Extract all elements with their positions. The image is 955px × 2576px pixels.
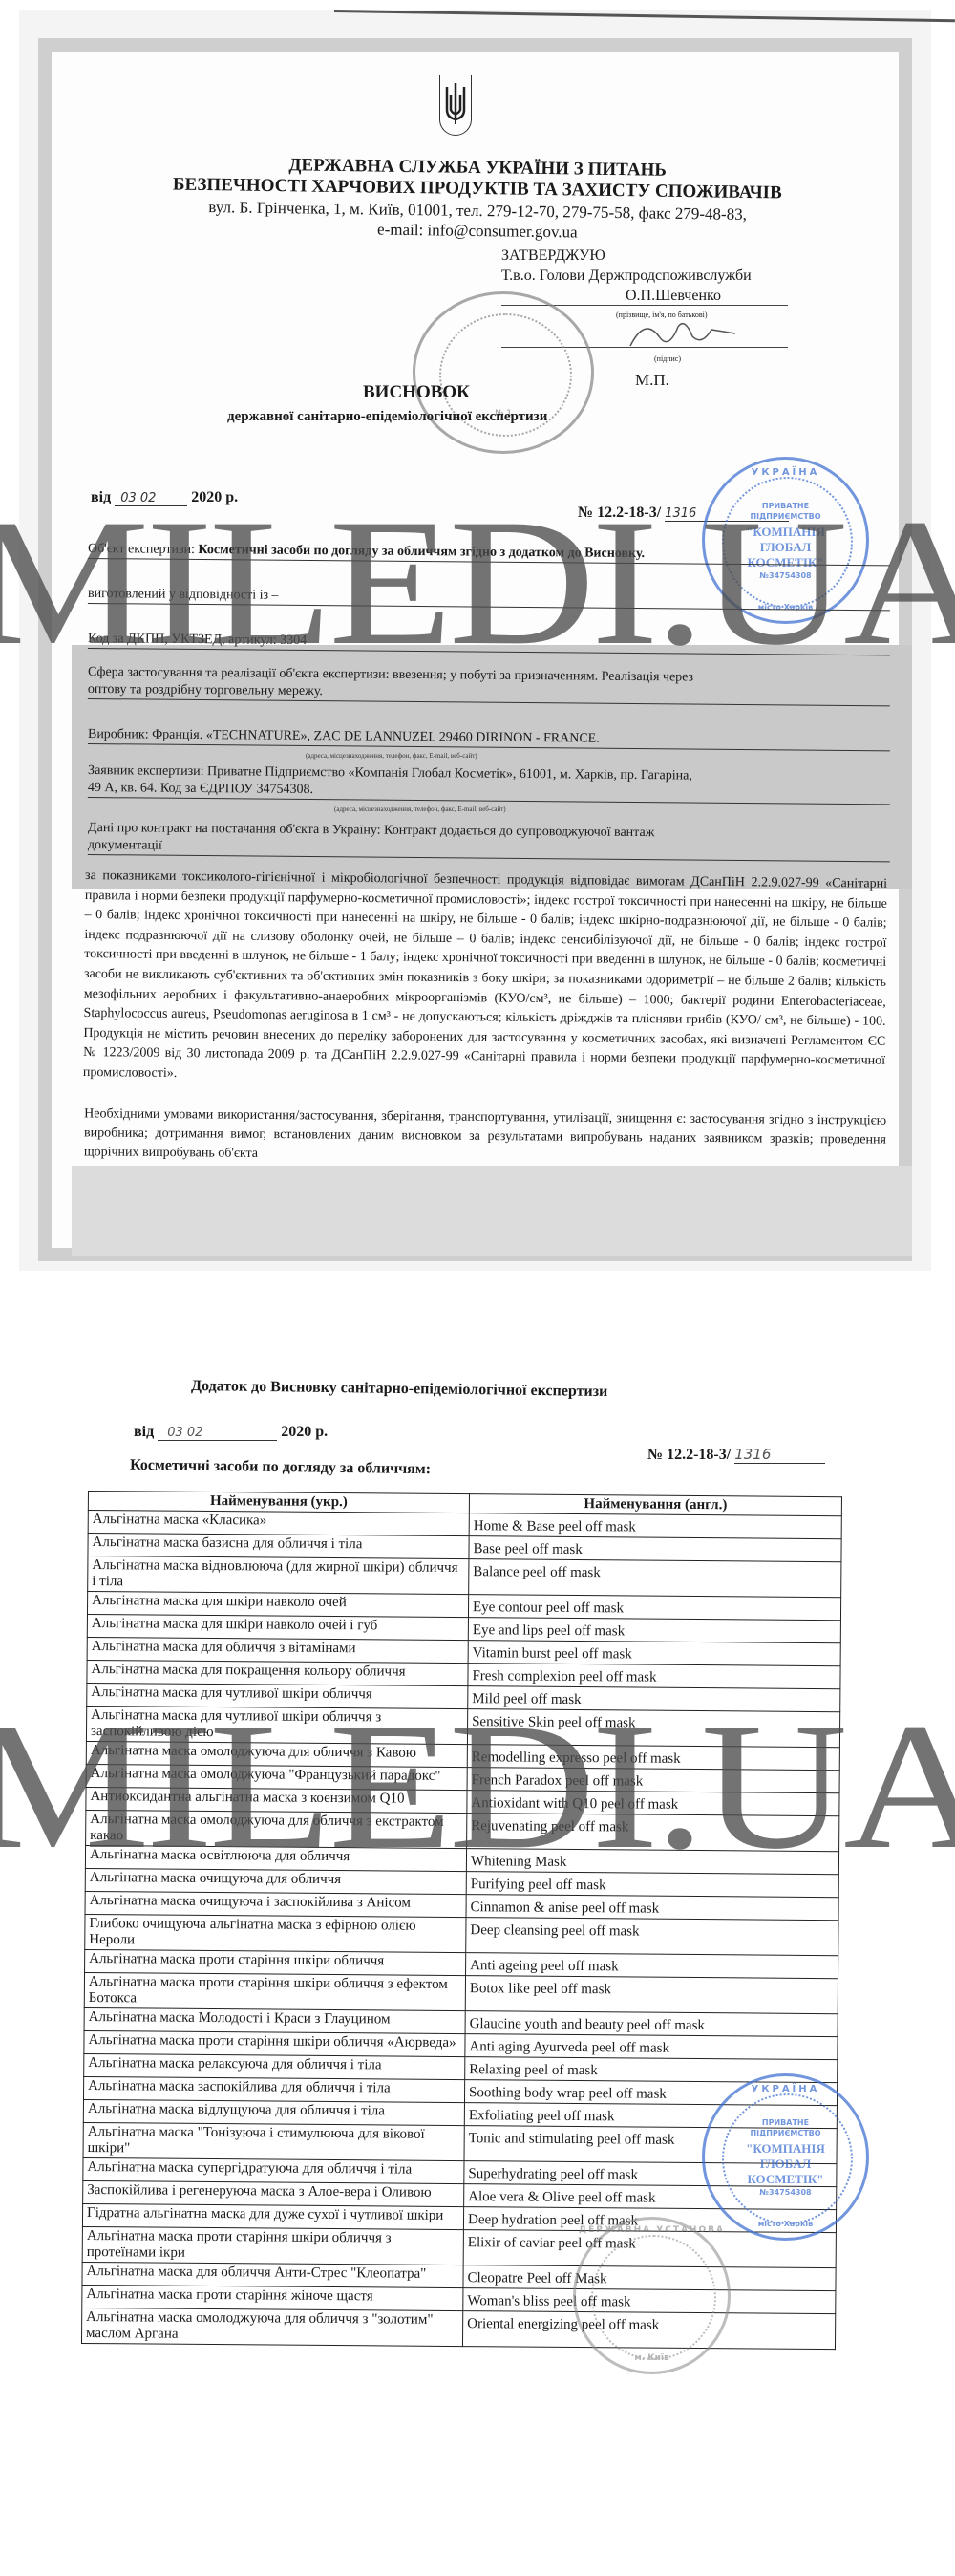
annex-page: Додаток до Висновку санітарно-епідеміоло…	[0, 1338, 955, 2576]
table-row: Альгінатна маска для чутливої шкіри обли…	[86, 1706, 839, 1747]
product-name-ukr: Альгінатна маска для шкіри навколо очей …	[87, 1615, 468, 1641]
product-name-ukr: Альгінатна маска омолоджуюча для обличчя…	[86, 1810, 467, 1848]
product-name-ukr: Альгінатна маска проти старіння шкіри об…	[84, 2030, 465, 2056]
product-name-ukr: Альгінатна маска омолоджуюча для обличчя…	[86, 1741, 467, 1767]
product-name-eng: Glaucine youth and beauty peel off mask	[465, 2011, 838, 2037]
product-name-eng: Sensitive Skin peel off mask	[467, 1709, 839, 1748]
product-name-eng: French Paradox peel off mask	[467, 1768, 839, 1793]
product-name-eng: Cinnamon & anise peel off mask	[466, 1895, 838, 1921]
number-prefix: № 12.2-18-3/	[578, 504, 661, 521]
page-edge-line	[334, 10, 955, 22]
conditions-text: Необхідними умовами використання/застосу…	[84, 1105, 886, 1169]
product-name-eng: Eye contour peel off mask	[468, 1595, 840, 1621]
object-value: Косметичні засоби по догляду за обличчям…	[198, 543, 645, 561]
table-row: Альгінатна маска відновлююча (для жирної…	[88, 1556, 841, 1598]
product-name-ukr: Альгінатна маска базисна для обличчя і т…	[88, 1534, 469, 1559]
date-handwritten: 03 02	[158, 1426, 277, 1441]
product-name-ukr: Альгінатна маска очищуюча і заспокійлива…	[85, 1891, 466, 1917]
annex-title: Додаток до Висновку санітарно-епідеміоло…	[191, 1378, 608, 1401]
product-name-eng: Deep cleansing peel off mask	[466, 1918, 838, 1956]
conclusion-date: від 03 02 2020 р.	[91, 489, 238, 506]
conclusion-body-text: за показниками токсиколого-гігієнічної і…	[83, 867, 887, 1091]
date-handwritten: 03 02	[115, 491, 187, 506]
product-name-ukr: Альгінатна маска для чутливої шкіри обли…	[87, 1683, 468, 1708]
seal-label: М.П.	[635, 370, 669, 390]
product-name-ukr: Альгінатна маска проти старіння шкіри об…	[85, 1949, 466, 1975]
product-name-ukr: Альгінатна маска відлущуюча для обличчя …	[83, 2099, 464, 2125]
product-name-ukr: Заспокійлива і регенеруюча маска з Алое-…	[83, 2180, 464, 2206]
product-name-eng: Rejuvenating peel off mask	[467, 1814, 839, 1852]
institution-stamp: ДЕРЖАВНА УСТАНОВА м. Київ	[573, 2217, 731, 2374]
company-stamp: УКРАЇНА ПРИВАТНЕ ПІДПРИЄМСТВО "КОМПАНІЯ …	[702, 2073, 869, 2241]
product-name-ukr: Альгінатна маска для обличчя з вітамінам…	[87, 1637, 468, 1663]
manufacturer-caption: (адреса, місцезнаходження, телефон, факс…	[306, 752, 477, 760]
product-name-ukr: Альгінатна маска омолоджуюча для обличчя…	[81, 2308, 462, 2346]
table-row: Альгінатна маска омолоджуюча для обличчя…	[86, 1810, 839, 1851]
product-name-ukr: Альгінатна маска очищуюча для обличчя	[85, 1868, 466, 1894]
product-name-ukr: Альгінатна маска релаксуюча для обличчя …	[84, 2053, 465, 2079]
product-name-ukr: Глибоко очищуюча альгінатна маска з ефір…	[85, 1914, 466, 1952]
document-title: ВИСНОВОК	[363, 382, 470, 403]
state-seal-stamp: № 1	[413, 291, 594, 454]
approve-label: ЗАТВЕРДЖУЮ	[501, 246, 752, 266]
product-name-ukr: Альгінатна маска Молодості і Краси з Гла…	[84, 2007, 465, 2033]
annex-date: від 03 02 2020 р.	[134, 1424, 328, 1441]
product-name-ukr: Альгінатна маска "Тонізуюча і стимулююча…	[83, 2122, 464, 2160]
approver-position: Т.в.о. Голови Держпродспоживслужби	[501, 266, 752, 286]
annex-subtitle: Косметичні засоби по догляду за обличчям…	[130, 1457, 431, 1478]
product-name-eng: Purifying peel off mask	[466, 1872, 838, 1898]
number-prefix: № 12.2-18-3/	[647, 1447, 731, 1463]
date-prefix: від	[134, 1424, 154, 1440]
document-subtitle: державної санітарно-епідеміологічної екс…	[227, 409, 547, 425]
annex-number: № 12.2-18-3/ 1316	[647, 1446, 825, 1464]
product-name-eng: Fresh complexion peel off mask	[468, 1664, 840, 1689]
date-year: 2020 р.	[191, 489, 238, 505]
object-label: Об'єкт експертизи:	[88, 542, 195, 557]
scan-shadow	[72, 1166, 912, 1256]
product-name-eng: Vitamin burst peel off mask	[468, 1641, 840, 1666]
product-name-ukr: Альгінатна маска для покращення кольору …	[87, 1660, 468, 1685]
product-name-ukr: Альгінатна маска для чутливої шкіри обли…	[86, 1706, 467, 1744]
product-name-ukr: Альгінатна маска освітлююча для обличчя	[85, 1845, 466, 1871]
signature-icon	[626, 312, 740, 355]
product-name-ukr: Альгінатна маска проти старіння шкіри об…	[84, 1972, 465, 2010]
scope-field: Сфера застосування та реалізації об'єкта…	[88, 664, 890, 706]
product-name-eng: Eye and lips peel off mask	[468, 1618, 840, 1643]
product-name-ukr: Альгінатна маска відновлююча (для жирної…	[88, 1556, 469, 1595]
table-row: Глибоко очищуюча альгінатна маска з ефір…	[85, 1914, 838, 1955]
table-row: Альгінатна маска проти старіння шкіри об…	[84, 1972, 838, 2013]
product-name-ukr: Альгінатна маска проти старіння шкіри об…	[82, 2226, 463, 2265]
number-handwritten: 1316	[734, 1446, 825, 1464]
product-name-eng: Antioxidant with Q10 peel off mask	[467, 1791, 839, 1816]
product-name-ukr: Гідратна альгінатна маска для дуже сухої…	[82, 2203, 463, 2229]
product-name-ukr: Альгінатна маска заспокійлива для обличч…	[83, 2076, 464, 2102]
product-name-ukr: Антиоксидантна альгінатна маска з коензи…	[86, 1787, 467, 1813]
applicant-caption: (адреса, місцезнаходження, телефон, факс…	[334, 805, 506, 813]
date-prefix: від	[91, 489, 111, 505]
approval-block: ЗАТВЕРДЖУЮ Т.в.о. Голови Держпродспоживс…	[501, 246, 752, 306]
product-name-eng: Mild peel off mask	[468, 1686, 840, 1712]
product-name-eng: Anti aging Ayurveda peel off mask	[465, 2034, 838, 2060]
product-name-ukr: Альгінатна маска омолоджуюча "Французьки…	[86, 1764, 467, 1790]
product-name-ukr: Альгінатна маска для обличчя Анти-Стрес …	[82, 2262, 463, 2287]
product-name-eng: Whitening Mask	[466, 1849, 838, 1875]
contract-field: Дані про контракт на постачання об'єкта …	[88, 820, 890, 862]
product-name-ukr: Альгінатна маска супергідратуюча для обл…	[83, 2157, 464, 2183]
product-name-eng: Home & Base peel off mask	[469, 1513, 841, 1539]
product-name-ukr: Альгінатна маска проти старіння жіноче щ…	[82, 2285, 463, 2310]
coat-of-arms-icon	[439, 75, 472, 136]
date-year: 2020 р.	[281, 1424, 328, 1440]
product-name-eng: Anti ageing peel off mask	[466, 1953, 838, 1979]
product-name-eng: Botox like peel off mask	[465, 1976, 838, 2014]
product-name-ukr: Альгінатна маска «Класика»	[88, 1511, 469, 1536]
applicant-field: Заявник експертизи: Приватне Підприємств…	[88, 762, 890, 805]
product-name-ukr: Альгінатна маска для шкіри навколо очей	[87, 1592, 468, 1618]
product-name-eng: Balance peel off mask	[469, 1559, 841, 1598]
product-name-eng: Base peel off mask	[469, 1536, 841, 1562]
product-name-eng: Remodelling expresso peel off mask	[467, 1745, 839, 1771]
